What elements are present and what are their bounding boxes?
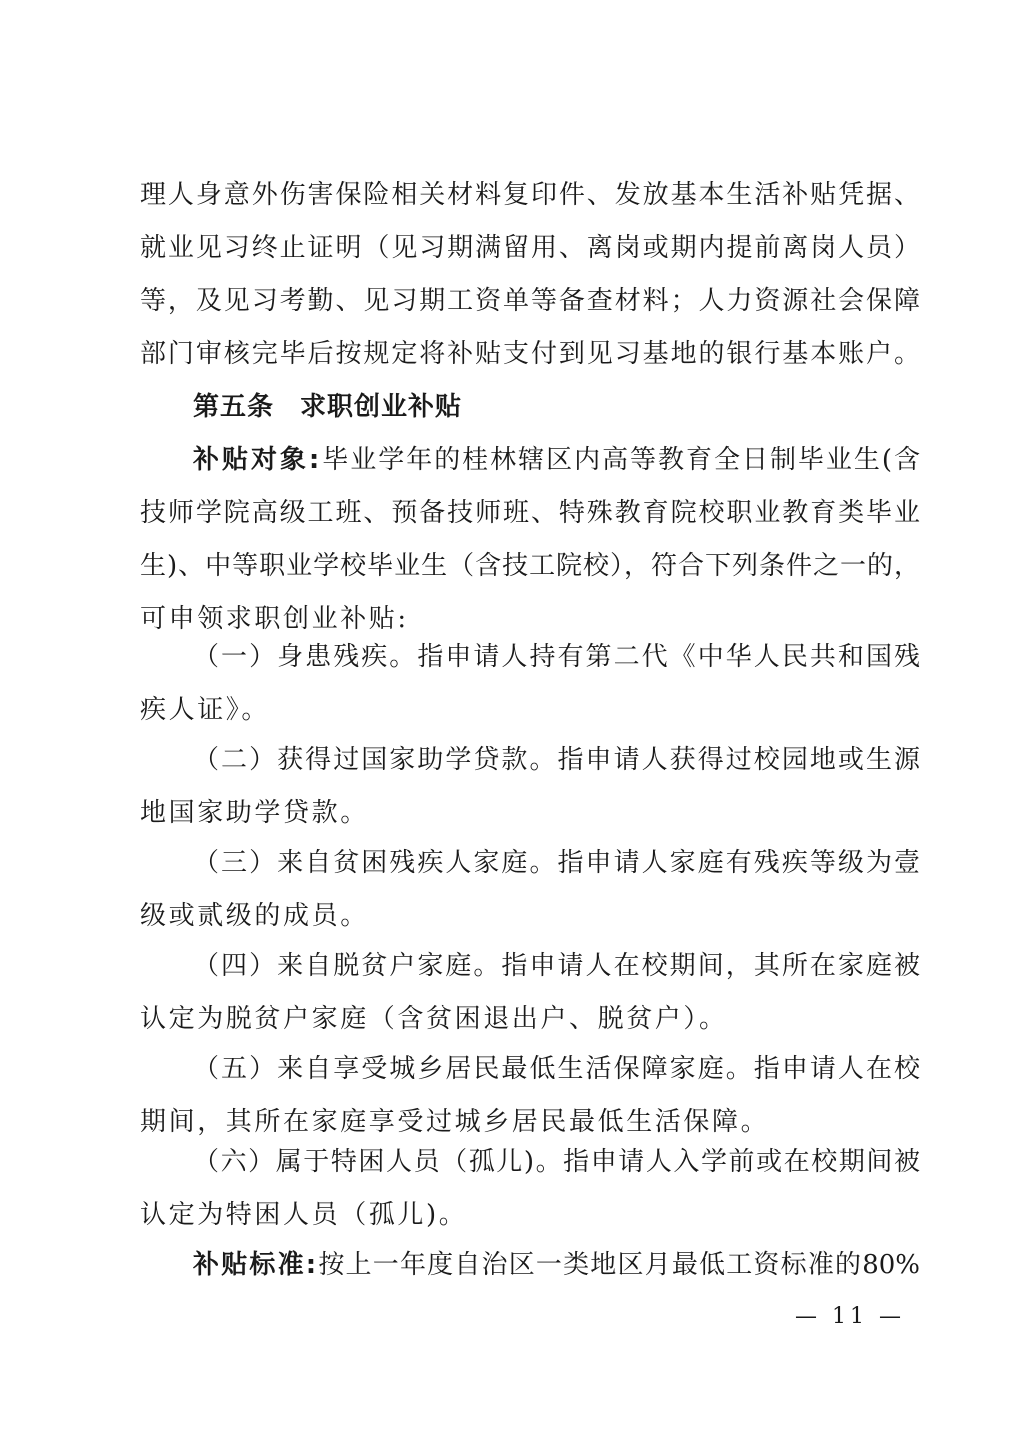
body-line: 等，及见习考勤、见习期工资单等备查材料；人力资源社会保障 [140,281,920,321]
subsidy-standard-label: 补贴标准: [193,1250,317,1280]
article-number: 第五条 [193,392,274,422]
condition-1: （一）身患残疾。指申请人持有第二代《中华人民共和国残 [193,637,920,677]
condition-5-cont: 期间，其所在家庭享受过城乡居民最低生活保障。 [140,1102,920,1142]
body-line: 可申领求职创业补贴: [140,599,920,639]
subsidy-target-label: 补贴对象: [193,445,320,475]
page-number: — 11 — [790,1302,910,1332]
condition-2: （二）获得过国家助学贷款。指申请人获得过校园地或生源 [193,740,920,780]
condition-4: （四）来自脱贫户家庭。指申请人在校期间，其所在家庭被 [193,946,920,986]
document-page: 理人身意外伤害保险相关材料复印件、发放基本生活补贴凭据、 就业见习终止证明（见习… [0,0,1024,1448]
body-line: 就业见习终止证明（见习期满留用、离岗或期内提前离岗人员） [140,228,920,268]
condition-3: （三）来自贫困残疾人家庭。指申请人家庭有残疾等级为壹 [193,843,920,883]
condition-6-cont: 认定为特困人员（孤儿)。 [140,1195,920,1235]
article-title: 求职创业补贴 [300,392,462,422]
subsidy-target-paragraph: 补贴对象:毕业学年的桂林辖区内高等教育全日制毕业生(含 [193,440,920,480]
article-heading: 第五条求职创业补贴 [193,387,462,427]
condition-1-cont: 疾人证》。 [140,690,920,730]
condition-2-cont: 地国家助学贷款。 [140,793,920,833]
body-line: 技师学院高级工班、预备技师班、特殊教育院校职业教育类毕业 [140,493,920,533]
condition-4-cont: 认定为脱贫户家庭（含贫困退出户、脱贫户）。 [140,999,920,1039]
condition-3-cont: 级或贰级的成员。 [140,896,920,936]
condition-6: （六）属于特困人员（孤儿)。指申请人入学前或在校期间被 [193,1142,920,1182]
subsidy-standard-text: 按上一年度自治区一类地区月最低工资标准的80% [317,1250,920,1280]
body-line: 理人身意外伤害保险相关材料复印件、发放基本生活补贴凭据、 [140,175,920,215]
body-line: 部门审核完毕后按规定将补贴支付到见习基地的银行基本账户。 [140,334,920,374]
condition-5: （五）来自享受城乡居民最低生活保障家庭。指申请人在校 [193,1049,920,1089]
body-line: 生)、中等职业学校毕业生（含技工院校），符合下列条件之一的， [140,546,920,586]
subsidy-standard-paragraph: 补贴标准:按上一年度自治区一类地区月最低工资标准的80% [193,1245,920,1285]
subsidy-target-text: 毕业学年的桂林辖区内高等教育全日制毕业生(含 [320,445,920,475]
